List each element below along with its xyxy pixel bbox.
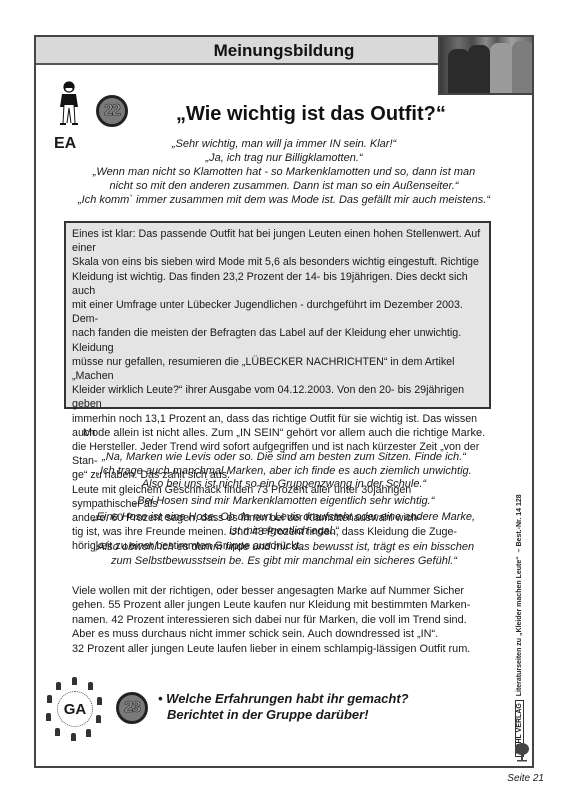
intro-sentence: Mode allein ist nicht alles. Zum „IN SEI… xyxy=(36,427,532,439)
paragraph-line: Aber es muss durchaus nicht immer schick… xyxy=(72,627,502,641)
quote-line: „Bei Hosen sind mir Markenklamotten eige… xyxy=(134,495,435,507)
series-title: Literaturseiten zu „Kleider machen Leute… xyxy=(516,556,523,696)
suits-photo xyxy=(438,35,534,95)
quote-line: „Wenn man nicht so Klamotten hat - so Ma… xyxy=(36,165,532,179)
info-line: müsse nur gefallen, resumieren die „LÜBE… xyxy=(72,355,483,383)
quote-line: „Also obwohl ich es dumm finde und mir d… xyxy=(94,541,474,553)
quote-group: „Bei Hosen sind mir Markenklamotten eige… xyxy=(36,495,532,509)
info-line: mit einer Umfrage unter Lübecker Jugendl… xyxy=(72,298,483,326)
paragraph-line: 32 Prozent aller jungen Leute laufen lie… xyxy=(72,642,502,656)
quote-line: „Na, Marken wie Levis oder so. Die sind … xyxy=(102,451,466,463)
quote-line: Also bei uns ist nicht so ein Gruppenzwa… xyxy=(142,478,426,490)
suit-shape xyxy=(468,45,490,93)
task-line: Berichtet in der Gruppe darüber! xyxy=(158,707,409,723)
info-box: Eines ist klar: Das passende Outfit hat … xyxy=(64,221,491,409)
suit-shape xyxy=(448,49,470,93)
info-line: Eines ist klar: Das passende Outfit hat … xyxy=(72,227,483,255)
quote-line: zum Selbstbewusstsein be. Es gibt mir ma… xyxy=(111,555,457,567)
task-number-badge: 23 xyxy=(116,692,148,724)
brand-quotes: „Na, Marken wie Levis oder so. Die sind … xyxy=(36,451,532,571)
quote-line: „Ja, ich trag nur Billigklamotten.“ xyxy=(36,151,532,165)
ga-label: GA xyxy=(57,691,93,727)
task-number-badge: 22 xyxy=(96,95,128,127)
quote-group: „Eine Hose ist eine Hose. Ob da nun Levi… xyxy=(36,511,532,538)
group-task: • Welche Erfahrungen habt ihr gemacht? B… xyxy=(158,691,409,723)
worksheet-frame: Meinungsbildung EA 22 „Wie wichtig ist d… xyxy=(34,35,534,768)
suit-shape xyxy=(512,41,534,93)
quote-line: nicht so mit den anderen zusammen. Dann … xyxy=(36,179,532,193)
order-number: – Best.-Nr. 14 128 xyxy=(516,494,523,552)
tree-logo-icon xyxy=(514,742,530,762)
brand-paragraph: Viele wollen mit der richtigen, oder bes… xyxy=(72,584,502,656)
paragraph-line: gehen. 55 Prozent aller jungen Leute kau… xyxy=(72,598,502,612)
quote-line: „Sehr wichtig, man will ja immer IN sein… xyxy=(36,137,532,151)
quote-line: „Eine Hose ist eine Hose. Ob da nun Levi… xyxy=(93,511,475,523)
info-line: Kleider wirklich Leute?“ ihrer Ausgabe v… xyxy=(72,383,483,411)
task-line: • Welche Erfahrungen habt ihr gemacht? xyxy=(158,691,409,707)
quote-line: ist mir eigentlich egal.“ xyxy=(229,525,338,537)
quote-group: „Na, Marken wie Levis oder so. Die sind … xyxy=(36,451,532,492)
info-line: Kleidung ist wichtig. Das finden 23,2 Pr… xyxy=(72,270,483,298)
group-work-icon: GA xyxy=(44,677,106,741)
quote-group: „Also obwohl ich es dumm finde und mir d… xyxy=(36,541,532,568)
paragraph-line: Viele wollen mit der richtigen, oder bes… xyxy=(72,584,502,598)
info-line: nach fanden die meisten der Befragten da… xyxy=(72,326,483,354)
paragraph-line: namen. 42 Prozent interessieren sich dab… xyxy=(72,613,502,627)
publisher-vertical-text: KOHL VERLAG Literaturseiten zu „Kleider … xyxy=(516,494,523,757)
page-number: Seite 21 xyxy=(507,773,544,784)
quote-line: „Ich trage auch manchmal Marken, aber ic… xyxy=(96,465,471,477)
suit-shape xyxy=(490,43,512,93)
quotes-block: „Sehr wichtig, man will ja immer IN sein… xyxy=(36,137,532,207)
single-person-icon xyxy=(56,81,82,127)
task-title: „Wie wichtig ist das Outfit?“ xyxy=(176,103,446,126)
info-line: Skala von eins bis sieben wird Mode mit … xyxy=(72,255,483,269)
quote-line: „Ich komm` immer zusammen mit dem was Mo… xyxy=(36,193,532,207)
